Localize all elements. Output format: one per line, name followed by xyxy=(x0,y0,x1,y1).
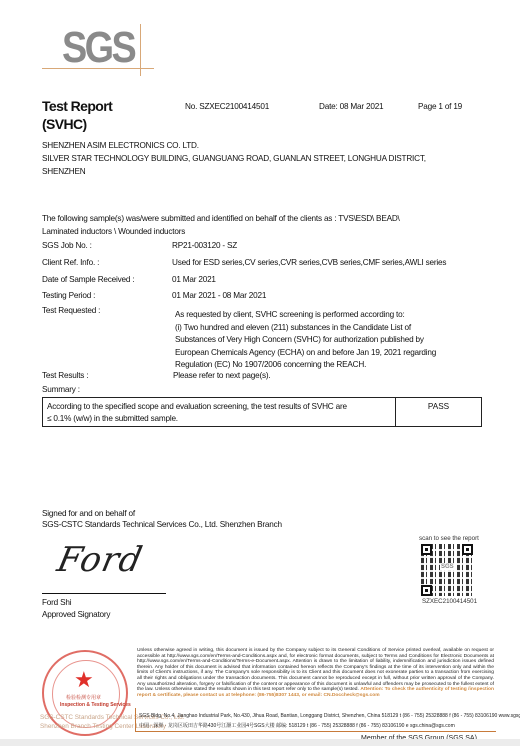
qr-finder-icon xyxy=(421,544,432,555)
test-requested-line: European Chemicals Agency (ECHA) on and … xyxy=(175,347,436,360)
footer-address-en: SGS Bldg, No.4, Jianghao Industrial Park… xyxy=(139,713,520,719)
client-address-line2: SHENZHEN xyxy=(42,166,85,177)
signatory-name: Ford Shi xyxy=(42,597,71,608)
summary-statement-line1: According to the specified scope and eva… xyxy=(47,401,391,413)
client-address-line1: SILVER STAR TECHNOLOGY BUILDING, GUANGUA… xyxy=(42,153,426,164)
report-number: No. SZXEC2100414501 xyxy=(185,101,269,112)
footer-address-cn: 中国 · 深圳 · 龙岗区坂田吉华路430号江灏工业园4号SGS大楼 邮编: 5… xyxy=(139,722,455,729)
field-label-test-results: Test Results : xyxy=(42,370,88,381)
field-label-client-ref: Client Ref. Info. : xyxy=(42,257,99,268)
test-requested-line: As requested by client, SVHC screening i… xyxy=(175,309,436,322)
signature-line xyxy=(42,593,166,594)
qr-caption-top: scan to see the report xyxy=(419,535,479,542)
qr-finder-icon xyxy=(462,544,473,555)
report-date: Date: 08 Mar 2021 xyxy=(319,101,383,112)
field-value-date-received: 01 Mar 2021 xyxy=(172,274,216,285)
test-report-page: SGS Test Report (SVHC) No. SZXEC21004145… xyxy=(0,0,520,746)
qr-caption-bottom: SZXEC2100414501 xyxy=(422,598,477,605)
footer-rule-horizontal xyxy=(135,731,496,732)
star-icon: ★ xyxy=(74,667,94,693)
report-title-line1: Test Report xyxy=(42,97,112,115)
field-label-job-no: SGS Job No. : xyxy=(42,240,92,251)
report-title: Test Report (SVHC) xyxy=(42,97,112,133)
field-value-testing-period: 01 Mar 2021 - 08 Mar 2021 xyxy=(172,290,266,301)
logo-rule-vertical xyxy=(140,24,141,76)
summary-table: According to the specified scope and eva… xyxy=(42,397,482,427)
disclaimer-text: Unless otherwise agreed in writing, this… xyxy=(137,648,494,692)
sgs-logo: SGS xyxy=(62,26,134,70)
test-requested-text: As requested by client, SVHC screening i… xyxy=(175,309,436,372)
logo-rule-horizontal xyxy=(42,68,154,69)
footer-disclaimer: Unless otherwise agreed in writing, this… xyxy=(137,648,494,698)
qr-finder-icon xyxy=(421,585,432,596)
summary-result: PASS xyxy=(396,398,481,426)
signoff-line1: Signed for and on behalf of xyxy=(42,508,135,519)
field-value-client-ref: Used for ESD series,CV series,CVR series… xyxy=(172,257,446,268)
field-label-testing-period: Testing Period : xyxy=(42,290,95,301)
page-bottom-band xyxy=(0,739,520,746)
field-label-test-requested: Test Requested : xyxy=(42,305,100,316)
summary-statement-line2: ≤ 0.1% (w/w) in the submitted sample. xyxy=(47,413,391,425)
signature: Ford xyxy=(54,540,147,580)
field-value-job-no: RP21-003120 - SZ xyxy=(172,240,237,251)
intro-line2: Laminated inductors \ Wounded inductors xyxy=(42,226,185,237)
summary-statement: According to the specified scope and eva… xyxy=(43,398,396,426)
signatory-role: Approved Signatory xyxy=(42,609,110,620)
qr-center-label: SGS xyxy=(440,564,455,570)
intro-line1: The following sample(s) was/were submitt… xyxy=(42,213,400,224)
footer-rule-vertical xyxy=(135,708,136,731)
signoff-company: SGS-CSTC Standards Technical Services Co… xyxy=(42,519,282,530)
page-indicator: Page 1 of 19 xyxy=(418,101,462,112)
stamp-center-cn: 检验检测专用章 xyxy=(66,694,101,701)
field-label-date-received: Date of Sample Received : xyxy=(42,274,134,285)
test-requested-line: Substances of Very High Concern (SVHC) f… xyxy=(175,334,436,347)
field-value-test-results: Please refer to next page(s). xyxy=(173,370,271,381)
test-requested-line: (i) Two hundred and eleven (211) substan… xyxy=(175,322,436,335)
summary-label: Summary : xyxy=(42,384,80,395)
stamp-center-en: Inspection & Testing Services xyxy=(60,702,131,708)
report-title-line2: (SVHC) xyxy=(42,115,112,133)
client-name: SHENZHEN ASIM ELECTRONICS CO. LTD. xyxy=(42,140,199,151)
